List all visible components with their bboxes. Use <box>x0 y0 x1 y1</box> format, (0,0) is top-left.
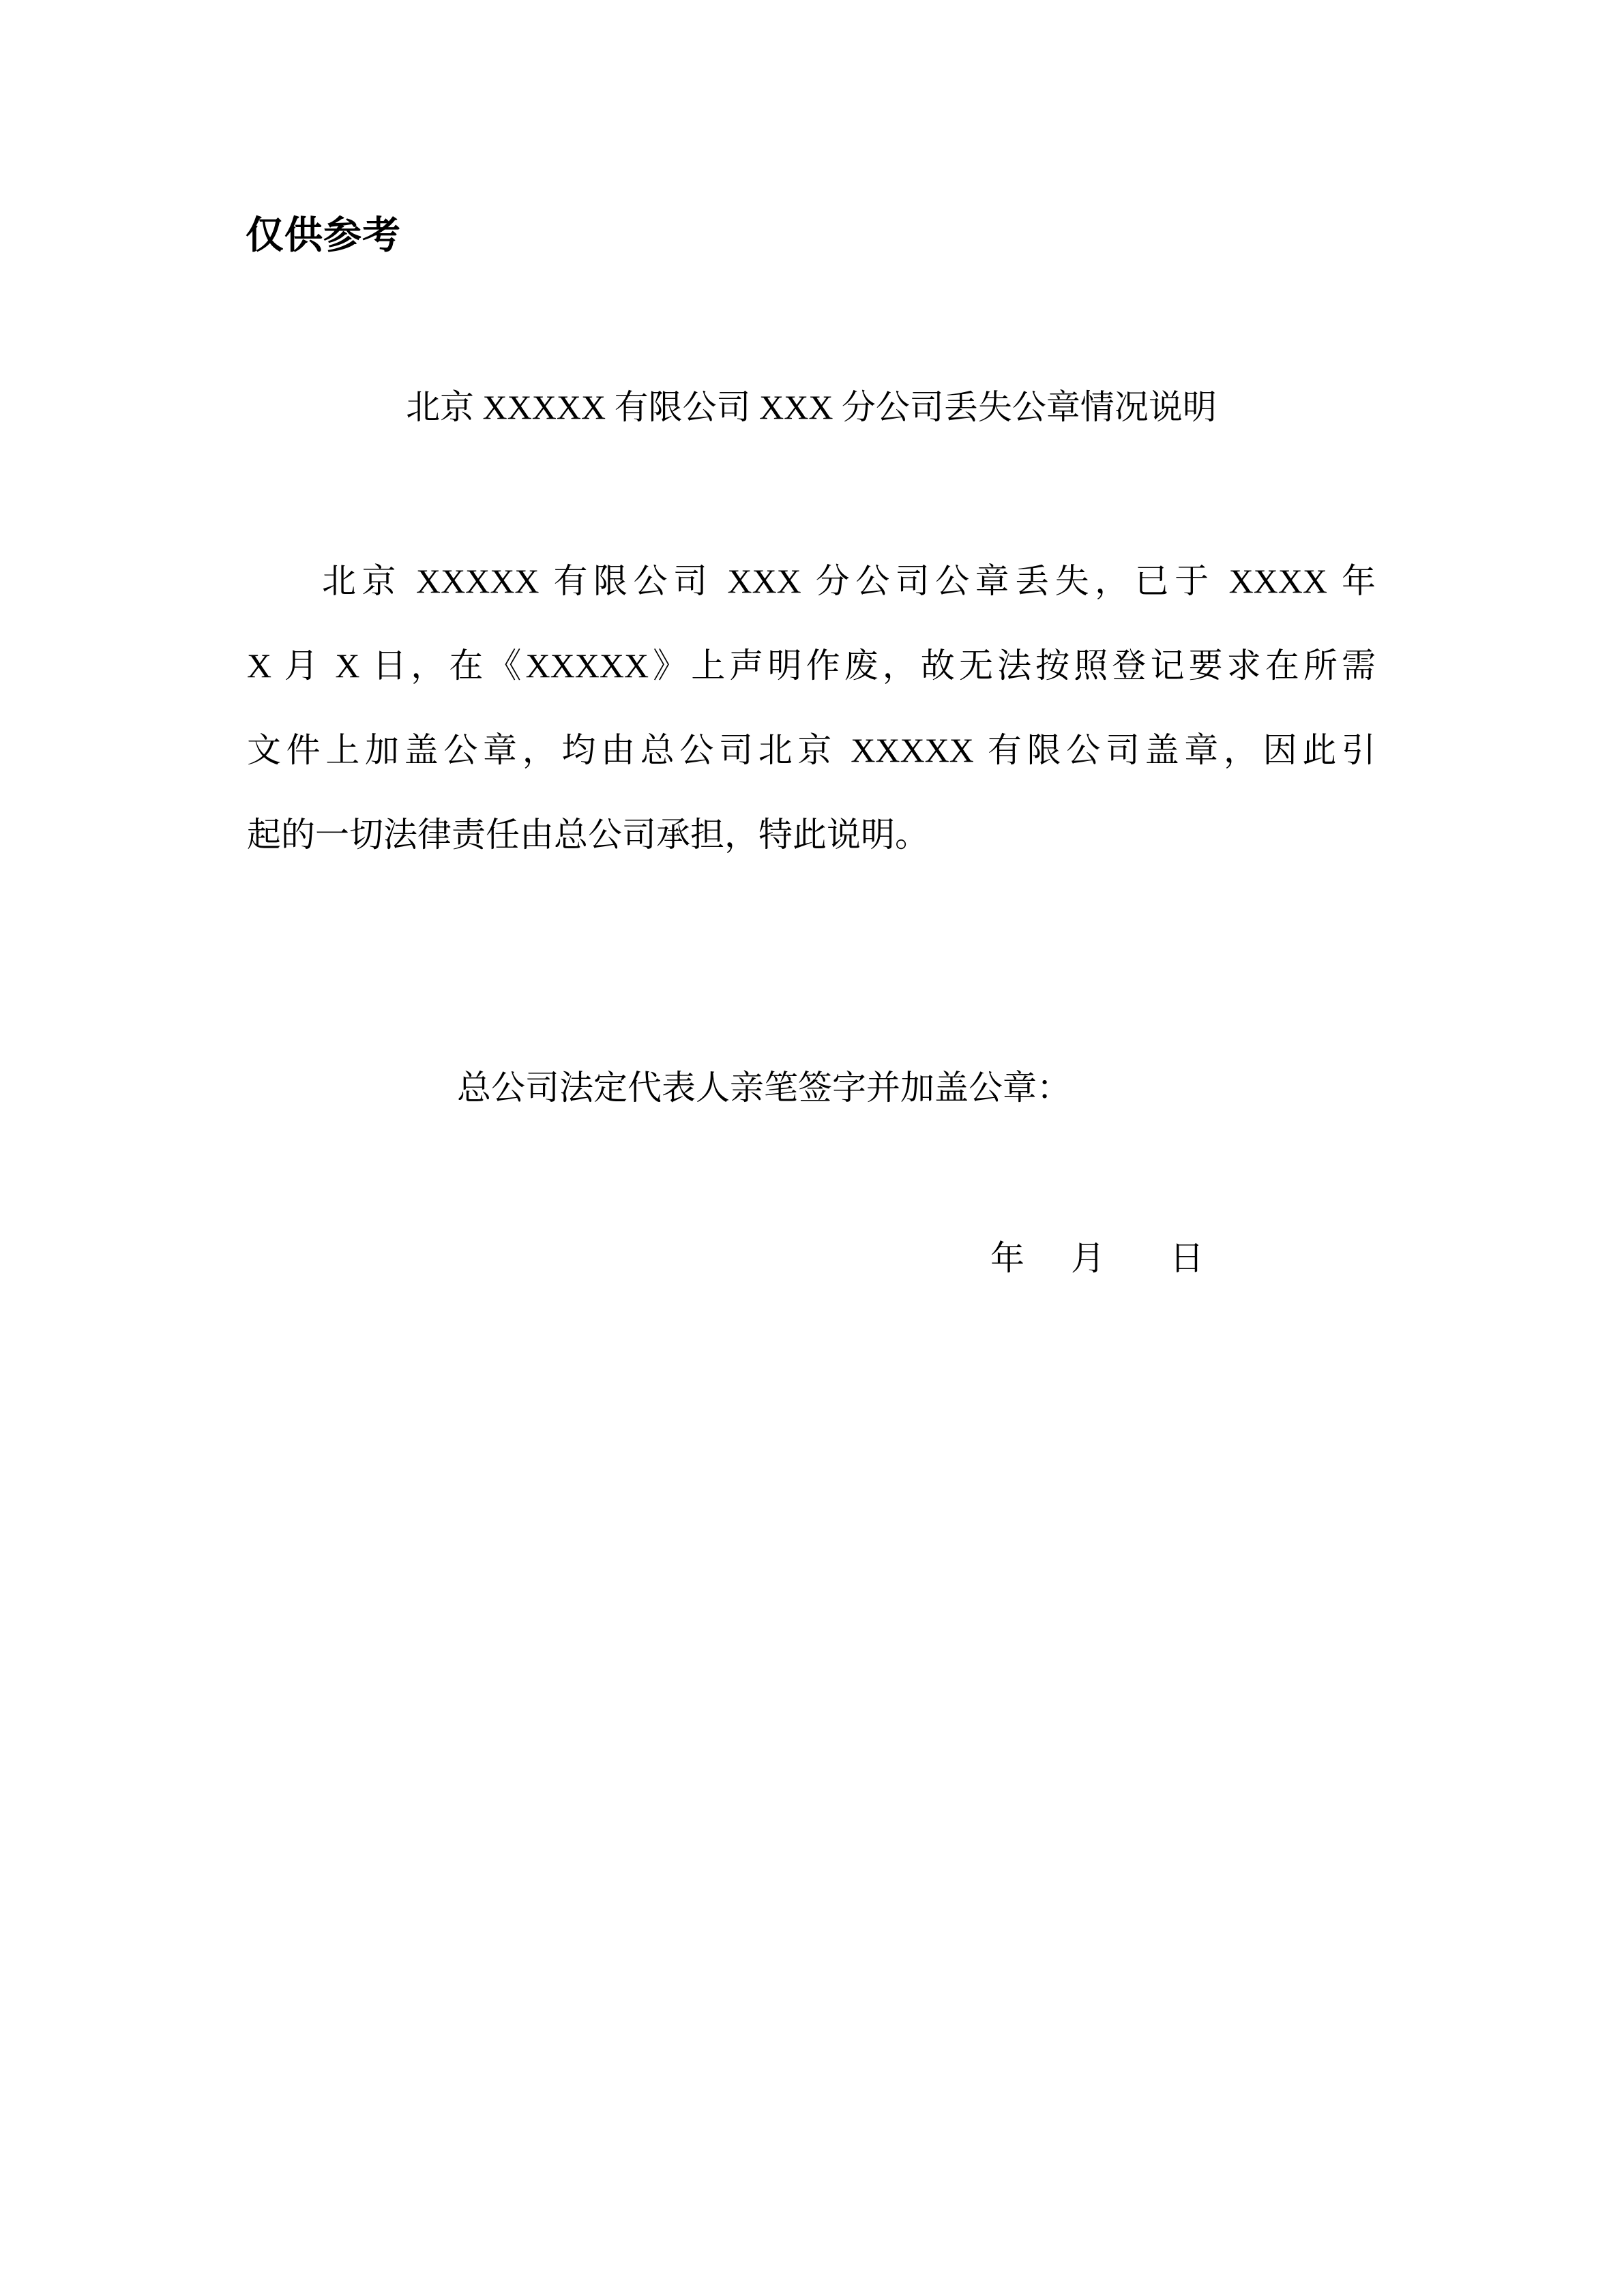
document-title: 北京 XXXXX 有限公司 XXX 分公司丢失公章情况说明 <box>247 390 1376 424</box>
date-year-label: 年 <box>990 1239 1024 1277</box>
body-line: 起的一切法律责任由总公司承担，特此说明。 <box>247 792 1376 877</box>
body-line: 北京 XXXXX 有限公司 XXX 分公司公章丢失，已于 XXXX 年 <box>247 539 1376 623</box>
body-line: X 月 X 日，在《XXXXX》上声明作废，故无法按照登记要求在所需 <box>247 623 1376 708</box>
date-month-label: 月 <box>1071 1239 1105 1277</box>
date-day-label: 日 <box>1170 1239 1204 1277</box>
body-paragraph: 北京 XXXXX 有限公司 XXX 分公司公章丢失，已于 XXXX 年 X 月 … <box>247 539 1376 877</box>
body-line: 文件上加盖公章，均由总公司北京 XXXXX 有限公司盖章，因此引 <box>247 708 1376 792</box>
signature-label: 总公司法定代表人亲笔签字并加盖公章： <box>457 1071 1071 1105</box>
date-line: 年月日 <box>990 1241 1204 1275</box>
document-page: 仅供参考 北京 XXXXX 有限公司 XXX 分公司丢失公章情况说明 北京 XX… <box>0 0 1624 2296</box>
reference-note: 仅供参考 <box>246 217 401 255</box>
